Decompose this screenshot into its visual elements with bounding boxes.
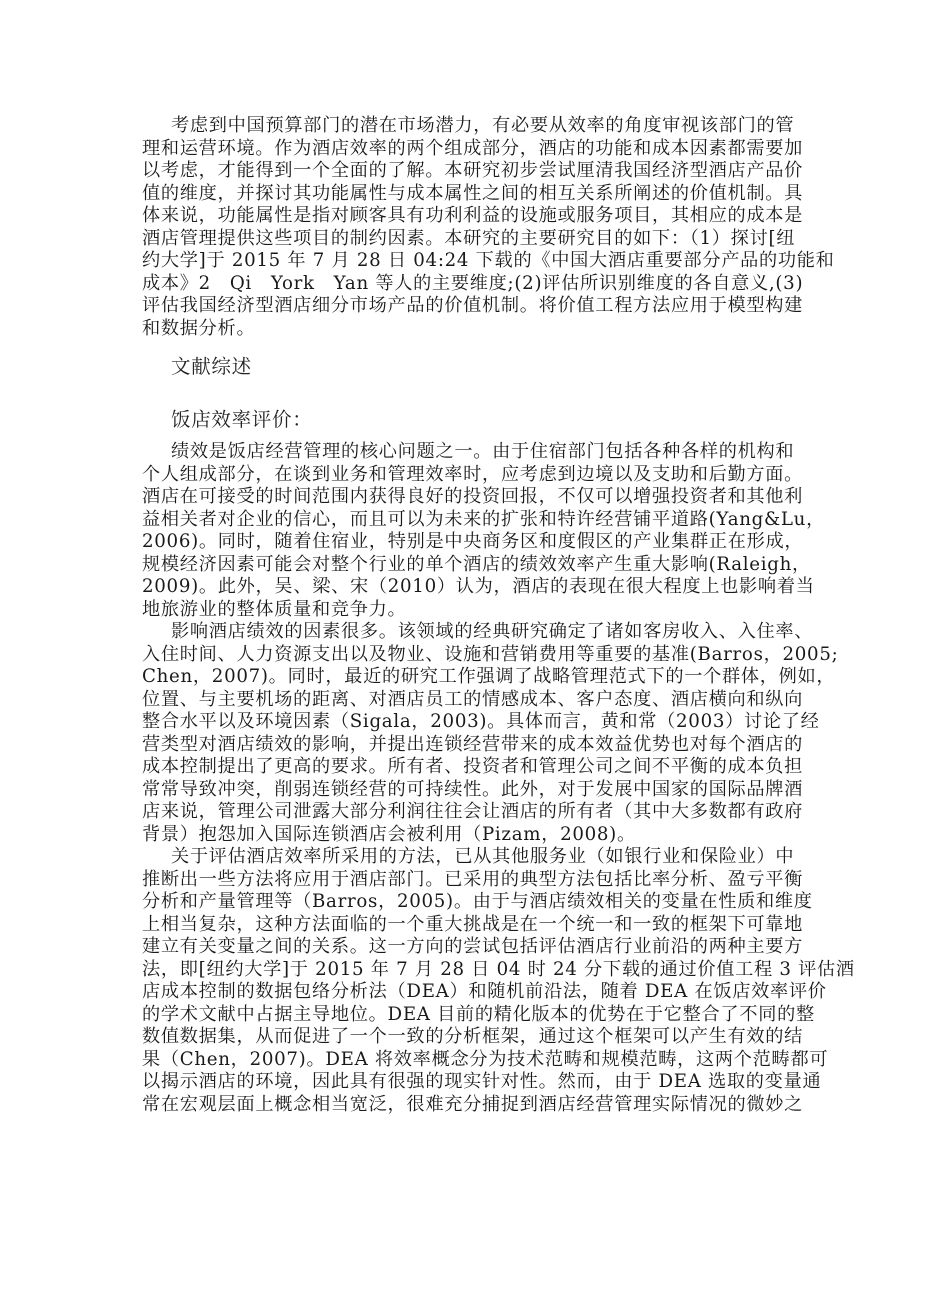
text-line: 成本控制提出了更高的要求。所有者、投资者和管理公司之间不平衡的成本负担: [142, 756, 787, 779]
text-line: 位置、与主要机场的距离、对酒店员工的情感成本、客户态度、酒店横向和纵向: [142, 689, 787, 712]
subsection-heading: 饭店效率评价：: [142, 409, 787, 432]
text-line: Chen，2007)。同时，最近的研究工作强调了战略管理范式下的一个群体，例如，: [142, 666, 787, 689]
text-line: 的学术文献中占据主导地位。DEA 目前的精化版本的优势在于它整合了不同的整: [142, 1004, 787, 1027]
text-line: 背景）抱怨加入国际连锁酒店会被利用（Pizam，2008)。: [142, 824, 787, 847]
text-line: 规模经济因素可能会对整个行业的单个酒店的绩效效率产生重大影响(Raleigh，: [142, 554, 787, 577]
text-line: 推断出一些方法将应用于酒店部门。已采用的典型方法包括比率分析、盈亏平衡: [142, 869, 787, 892]
text-line: 益相关者对企业的信心，而且可以为未来的扩张和特许经营铺平道路(Yang&Lu，: [142, 509, 787, 532]
text-line: 法，即[纽约大学]于 2015 年 7 月 28 日 04 时 24 分下载的通…: [142, 959, 787, 982]
text-line: 酒店管理提供这些项目的制约因素。本研究的主要研究目的如下：（1）探讨[纽: [142, 228, 787, 251]
text-line: 店来说，管理公司泄露大部分利润往往会让酒店的所有者（其中大多数都有政府: [142, 801, 787, 824]
text-line: 入住时间、人力资源支出以及物业、设施和营销费用等重要的基准(Barros，200…: [142, 644, 787, 667]
text-line: 建立有关变量之间的关系。这一方向的尝试包括评估酒店行业前沿的两种主要方: [142, 936, 787, 959]
text-line: 体来说，功能属性是指对顾客具有功利利益的设施或服务项目，其相应的成本是: [142, 205, 787, 228]
text-line: 2009)。此外，吴、梁、宋（2010）认为，酒店的表现在很大程度上也影响着当: [142, 576, 787, 599]
text-line: 值的维度，并探讨其功能属性与成本属性之间的相互关系所阐述的价值机制。具: [142, 183, 787, 206]
text-line: 整合水平以及环境因素（Sigala，2003)。具体而言，黄和常（2003）讨论…: [142, 711, 787, 734]
text-line: 约大学]于 2015 年 7 月 28 日 04:24 下载的《中国大酒店重要部…: [142, 250, 787, 273]
body-paragraph: 关于评估酒店效率所采用的方法，已从其他服务业（如银行业和保险业）中 推断出一些方…: [142, 846, 787, 1116]
document-page: 考虑到中国预算部门的潜在市场潜力，有必要从效率的角度审视该部门的管 理和运营环境…: [142, 115, 787, 1116]
intro-paragraph: 考虑到中国预算部门的潜在市场潜力，有必要从效率的角度审视该部门的管 理和运营环境…: [142, 115, 787, 340]
text-line: 2006)。同时，随着住宿业，特别是中央商务区和度假区的产业集群正在形成，: [142, 531, 787, 554]
text-line: 常常导致冲突，削弱连锁经营的可持续性。此外，对于发展中国家的国际品牌酒: [142, 779, 787, 802]
text-line: 评估我国经济型酒店细分市场产品的价值机制。将价值工程方法应用于模型构建: [142, 295, 787, 318]
text-line: 个人组成部分，在谈到业务和管理效率时，应考虑到边境以及支助和后勤方面。: [142, 464, 787, 487]
text-line: 地旅游业的整体质量和竞争力。: [142, 599, 787, 622]
text-line: 酒店在可接受的时间范围内获得良好的投资回报，不仅可以增强投资者和其他利: [142, 486, 787, 509]
text-line: 以揭示酒店的环境，因此具有很强的现实针对性。然而，由于 DEA 选取的变量通: [142, 1071, 787, 1094]
text-line: 影响酒店绩效的因素很多。该领域的经典研究确定了诸如客房收入、入住率、: [142, 621, 787, 644]
text-line: 和数据分析。: [142, 318, 787, 341]
section-heading: 文献综述: [142, 356, 787, 379]
text-line: 以考虑，才能得到一个全面的了解。本研究初步尝试厘清我国经济型酒店产品价: [142, 160, 787, 183]
text-line: 分析和产量管理等（Barros，2005)。由于与酒店绩效相关的变量在性质和维度: [142, 891, 787, 914]
text-line: 成本》2 Qi York Yan 等人的主要维度;(2)评估所识别维度的各自意义…: [142, 273, 787, 296]
text-line: 绩效是饭店经营管理的核心问题之一。由于住宿部门包括各种各样的机构和: [142, 441, 787, 464]
text-line: 店成本控制的数据包络分析法（DEA）和随机前沿法，随着 DEA 在饭店效率评价: [142, 981, 787, 1004]
text-line: 数值数据集，从而促进了一个一致的分析框架，通过这个框架可以产生有效的结: [142, 1026, 787, 1049]
text-line: 理和运营环境。作为酒店效率的两个组成部分，酒店的功能和成本因素都需要加: [142, 138, 787, 161]
text-line: 上相当复杂，这种方法面临的一个重大挑战是在一个统一和一致的框架下可靠地: [142, 914, 787, 937]
text-line: 果（Chen，2007)。DEA 将效率概念分为技术范畴和规模范畴，这两个范畴都…: [142, 1049, 787, 1072]
text-line: 营类型对酒店绩效的影响，并提出连锁经营带来的成本效益优势也对每个酒店的: [142, 734, 787, 757]
text-line: 常在宏观层面上概念相当宽泛，很难充分捕捉到酒店经营管理实际情况的微妙之: [142, 1094, 787, 1117]
text-line: 关于评估酒店效率所采用的方法，已从其他服务业（如银行业和保险业）中: [142, 846, 787, 869]
body-paragraph: 影响酒店绩效的因素很多。该领域的经典研究确定了诸如客房收入、入住率、 入住时间、…: [142, 621, 787, 846]
body-paragraph: 绩效是饭店经营管理的核心问题之一。由于住宿部门包括各种各样的机构和 个人组成部分…: [142, 441, 787, 621]
text-line: 考虑到中国预算部门的潜在市场潜力，有必要从效率的角度审视该部门的管: [142, 115, 787, 138]
